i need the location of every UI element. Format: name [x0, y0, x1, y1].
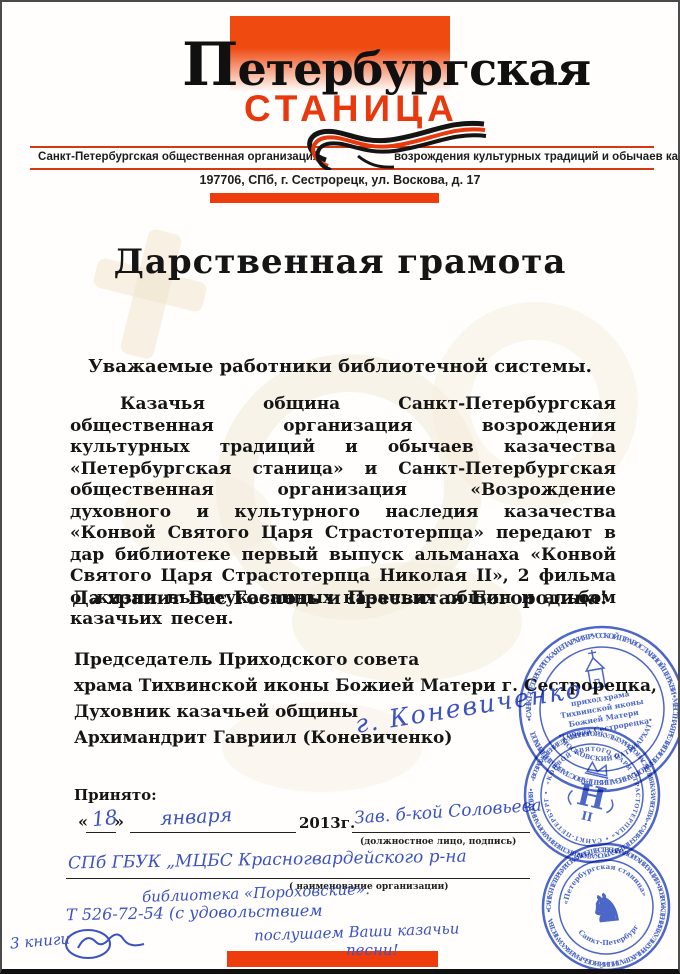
gift-deed-scan: Петербургская СТАНИЦА Санкт-Петербургска…	[0, 0, 680, 974]
salutation: Уважаемые работники библиотечной системы…	[2, 356, 678, 377]
handwritten-note-end: песни!	[346, 941, 399, 959]
deed-title: Дарственная грамота	[2, 242, 678, 282]
handwritten-organization: СПб ГБУК „МЦБС Красногвардейского р-на	[68, 847, 467, 874]
stanitsa-stamp: • САНКТ-ПЕТЕРБУРГСКАЯ ОБЩЕСТВЕННАЯ ОРГАН…	[533, 834, 678, 974]
handwritten-phone-note: Т 526-72-54 (с удовольствием	[66, 901, 323, 924]
header-red-bar	[210, 193, 439, 203]
svg-text:II: II	[580, 808, 594, 824]
day-blank-line	[86, 831, 116, 833]
signature-flourish	[60, 922, 150, 962]
church-icon	[583, 648, 607, 689]
month-blank-line	[130, 831, 296, 833]
handwritten-month: января	[159, 804, 232, 830]
org-logo-name: Петербургская	[182, 36, 590, 96]
horseman-icon: ♞	[587, 883, 626, 931]
official-blank-line	[352, 831, 530, 833]
org-address: 197706, СПб, г. Сестрорецк, ул. Воскова,…	[2, 173, 678, 187]
quote-open: «	[78, 812, 88, 831]
footer-red-bar	[227, 951, 438, 967]
handwritten-day: 18	[91, 805, 119, 832]
official-caption: (должностное лицо, подпись)	[360, 837, 516, 847]
org-subtitle-left: Санкт-Петербургская общественная организ…	[38, 151, 320, 163]
ribbon-icon	[298, 112, 488, 170]
blessing-line: Да хранит Вас Господь и Пресвятая Богоро…	[2, 588, 678, 609]
accepted-label: Принято:	[74, 786, 157, 804]
imperial-monogram-icon: Н II	[563, 759, 621, 829]
organization-blank-line	[66, 877, 530, 879]
year-printed: 2013г.	[299, 814, 355, 832]
